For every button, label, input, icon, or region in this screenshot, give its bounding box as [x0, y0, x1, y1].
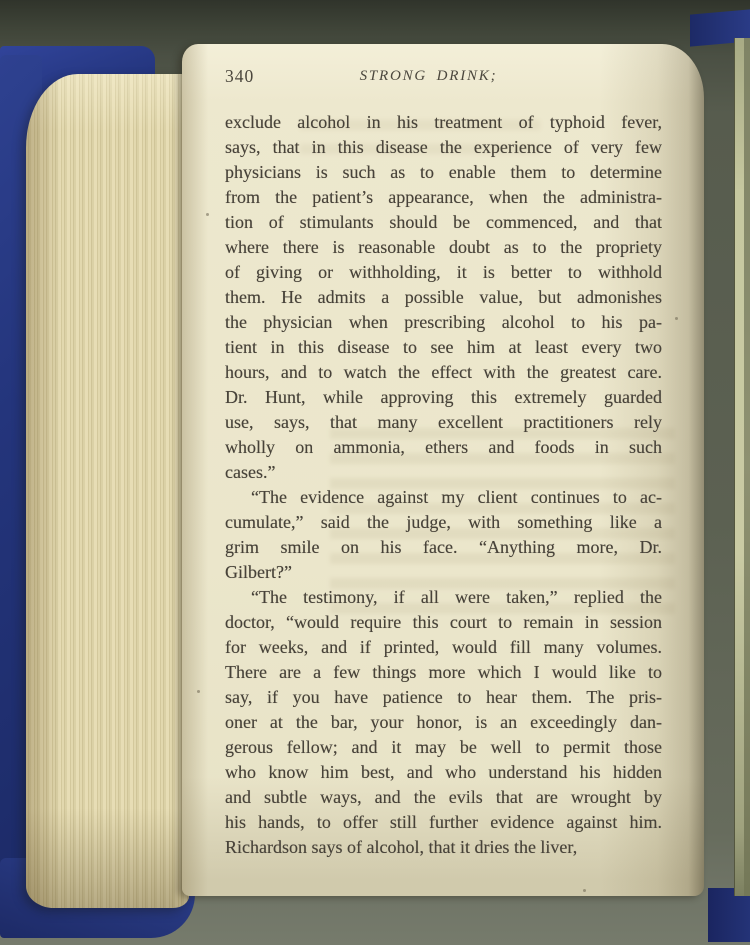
paper-speck	[675, 317, 678, 320]
text-line: say, if you have patience to hear them. …	[225, 685, 662, 710]
text-line: cumulate,” said the judge, with somethin…	[225, 510, 662, 535]
paragraph: “The testimony, if all were taken,” repl…	[225, 585, 662, 860]
text-line: use, says, that many excellent practitio…	[225, 410, 662, 435]
text-line: of giving or withholding, it is better t…	[225, 260, 662, 285]
running-header: STRONG DRINK;	[225, 68, 632, 85]
text-line: physicians is such as to enable them to …	[225, 160, 662, 185]
text-line: There are a few things more which I woul…	[225, 660, 662, 685]
text-line: hours, and to watch the effect with the …	[225, 360, 662, 385]
text-line: exclude alcohol in his treatment of typh…	[225, 110, 662, 135]
text-line: from the patient’s appearance, when the …	[225, 185, 662, 210]
book-photo: 340 STRONG DRINK; exclude alcohol in his…	[0, 0, 750, 945]
text-line: “The testimony, if all were taken,” repl…	[225, 585, 662, 610]
text-line: the physician when prescribing alcohol t…	[225, 310, 662, 335]
page-edge-stack	[26, 74, 189, 908]
text-line: gerous fellow; and it may be well to per…	[225, 735, 662, 760]
paragraph: “The evidence against my client continue…	[225, 485, 662, 585]
text-line: who know him best, and who understand hi…	[225, 760, 662, 785]
text-line: Gilbert?”	[225, 560, 662, 585]
text-line: oner at the bar, your honor, is an excee…	[225, 710, 662, 735]
body-text: exclude alcohol in his treatment of typh…	[225, 110, 662, 860]
page-header: 340 STRONG DRINK;	[225, 66, 662, 90]
text-line: tient in this disease to see him at leas…	[225, 335, 662, 360]
text-line: doctor, “would require this court to rem…	[225, 610, 662, 635]
text-line: says, that in this disease the experienc…	[225, 135, 662, 160]
text-line: grim smile on his face. “Anything more, …	[225, 535, 662, 560]
text-line: “The evidence against my client continue…	[225, 485, 662, 510]
right-cover-edge	[744, 38, 750, 896]
text-line: and subtle ways, and the evils that are …	[225, 785, 662, 810]
text-line: tion of stimulants should be commenced, …	[225, 210, 662, 235]
text-line: Richardson says of alcohol, that it drie…	[225, 835, 662, 860]
paper-speck	[197, 690, 200, 693]
text-line: wholly on ammonia, ethers and foods in s…	[225, 435, 662, 460]
text-line: for weeks, and if printed, would fill ma…	[225, 635, 662, 660]
text-line: them. He admits a possible value, but ad…	[225, 285, 662, 310]
text-line: cases.”	[225, 460, 662, 485]
facing-page-edge	[734, 38, 744, 896]
text-line: Dr. Hunt, while approving this extremely…	[225, 385, 662, 410]
text-line: his hands, to offer still further eviden…	[225, 810, 662, 835]
paper-speck	[206, 213, 209, 216]
text-line: where there is reasonable doubt as to th…	[225, 235, 662, 260]
paragraph: exclude alcohol in his treatment of typh…	[225, 110, 662, 485]
paper-speck	[583, 889, 586, 892]
